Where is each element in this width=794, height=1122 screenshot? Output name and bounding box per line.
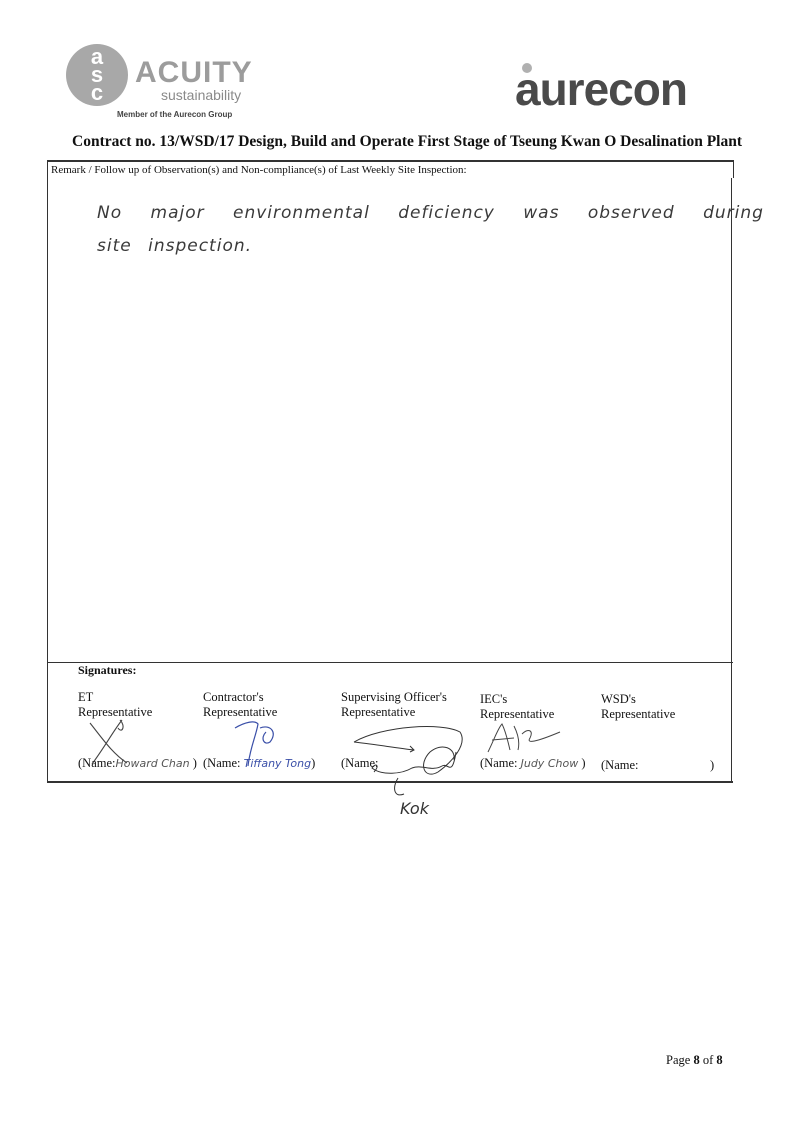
name-prefix: (Name: (203, 756, 240, 770)
acuity-tagline: Member of the Aurecon Group (117, 110, 232, 119)
wsd-name-field: (Name: (601, 758, 638, 773)
acuity-brand-name: ACUITY (135, 58, 253, 88)
form-border-top (47, 160, 734, 162)
role-line-1: ET (78, 690, 152, 705)
role-line-2: Representative (601, 707, 675, 722)
supervising-officer-name-field: (Name: (341, 756, 378, 771)
wsd-name-close-paren: ) (710, 758, 714, 773)
remark-label: Remark / Follow up of Observation(s) and… (51, 164, 467, 176)
asc-letter-c: c (66, 84, 128, 102)
handwritten-remark-line-2: site inspection. (97, 236, 252, 256)
role-line-1: Supervising Officer's (341, 690, 447, 705)
contract-title: Contract no. 13/WSD/17 Design, Build and… (72, 133, 742, 151)
role-line-1: IEC's (480, 692, 554, 707)
wsd-representative-label: WSD's Representative (601, 692, 675, 722)
et-name-field: (Name:Howard Chan ) (78, 756, 197, 771)
role-line-1: Contractor's (203, 690, 277, 705)
contractor-name-field: (Name: Tiffany Tong) (203, 756, 315, 771)
page-total: 8 (716, 1053, 722, 1067)
signatures-divider (47, 662, 733, 663)
role-line-2: Representative (341, 705, 447, 720)
iec-handwritten-name: Judy Chow (521, 757, 579, 770)
contractor-representative-label: Contractor's Representative (203, 690, 277, 720)
contractor-handwritten-name: Tiffany Tong (244, 757, 311, 770)
signatures-heading: Signatures: (78, 663, 136, 678)
aurecon-logo: aurecon (515, 66, 687, 112)
asc-logo-letters: a s c (66, 44, 128, 106)
handwritten-remark-line-1: No major environmental deficiency was ob… (97, 203, 764, 223)
page-prefix: Page (666, 1053, 690, 1067)
name-prefix: (Name: (78, 756, 115, 770)
page-of: of (703, 1053, 713, 1067)
name-suffix: ) (193, 756, 197, 770)
name-prefix: (Name: (601, 758, 638, 772)
iec-signature-icon (484, 720, 564, 756)
name-suffix: ) (311, 756, 315, 770)
form-border-right (731, 178, 732, 782)
form-border-left (47, 160, 48, 782)
et-representative-label: ET Representative (78, 690, 152, 720)
iec-representative-label: IEC's Representative (480, 692, 554, 722)
name-suffix: ) (581, 756, 585, 770)
supervising-officer-representative-label: Supervising Officer's Representative (341, 690, 447, 720)
role-line-1: WSD's (601, 692, 675, 707)
supervising-signature-surname: Kok (400, 799, 430, 818)
page-number: Page 8 of 8 (666, 1053, 723, 1068)
name-prefix: (Name: (341, 756, 378, 770)
iec-name-field: (Name: Judy Chow ) (480, 756, 586, 771)
et-handwritten-name: Howard Chan (115, 757, 189, 770)
name-prefix: (Name: (480, 756, 517, 770)
form-border-right-top (733, 160, 734, 178)
acuity-brand-sub: sustainability (161, 87, 241, 103)
page-current: 8 (693, 1053, 699, 1067)
